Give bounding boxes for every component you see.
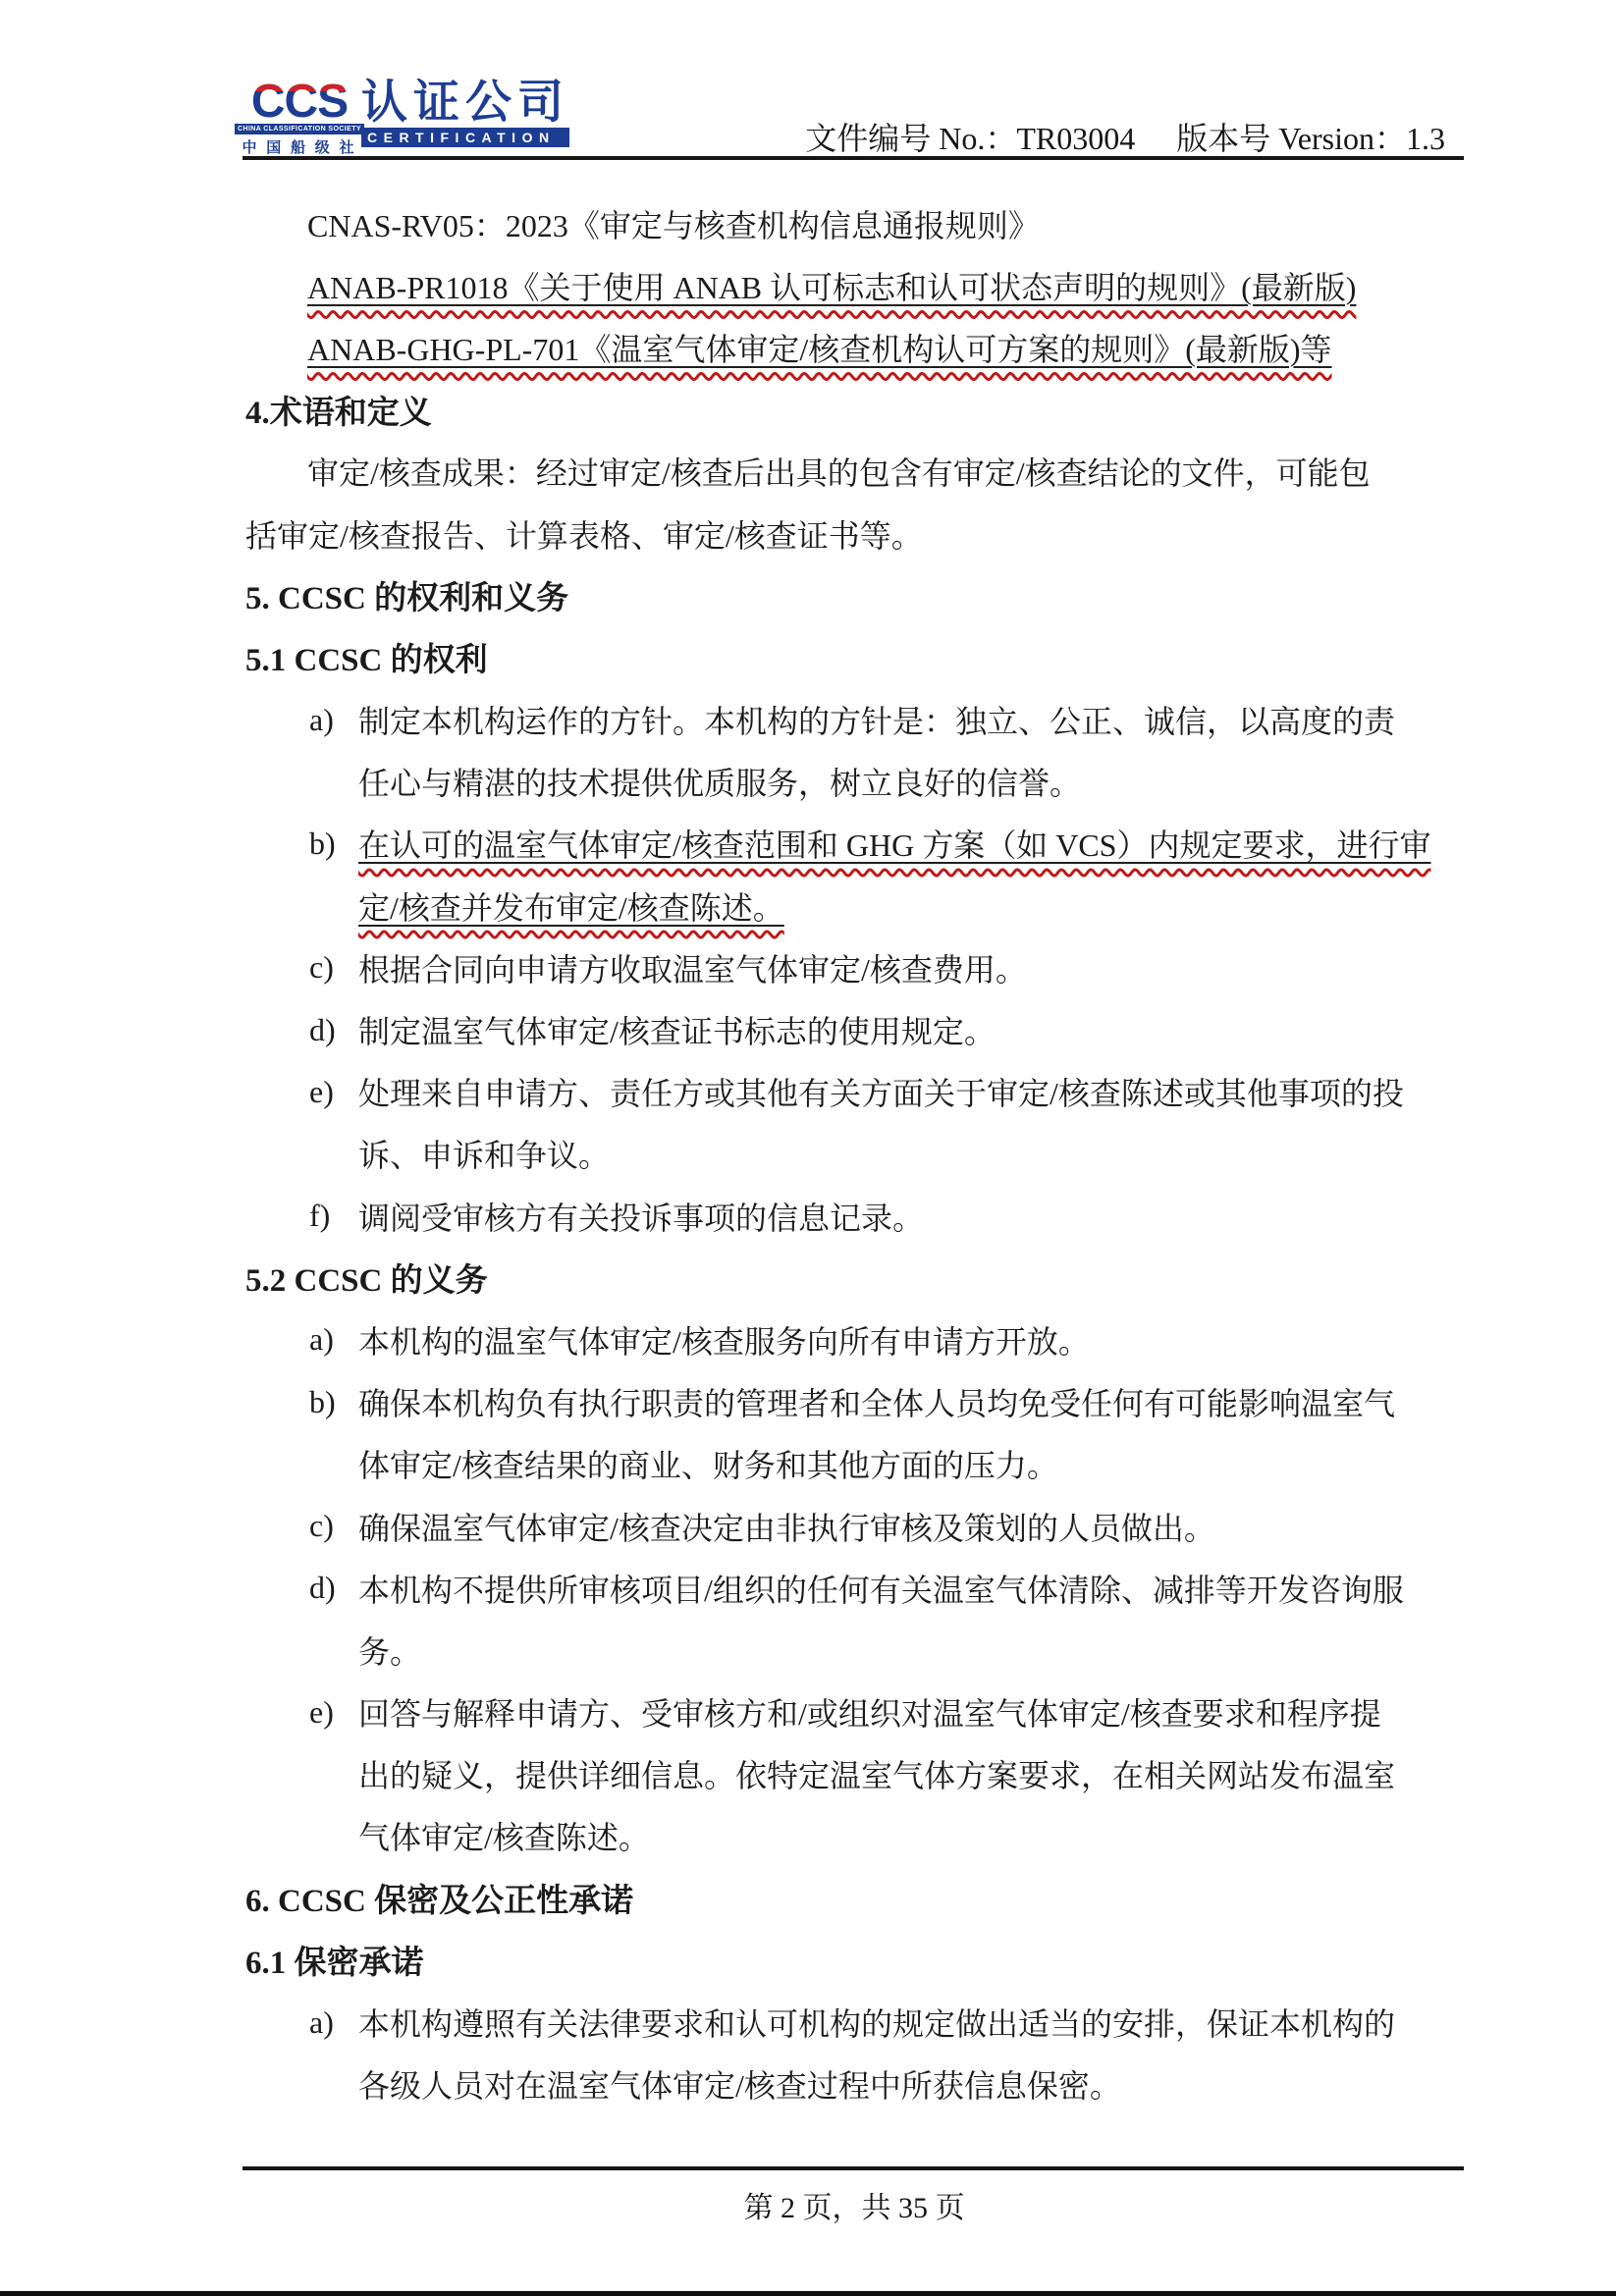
item-label: e) [309,1694,358,1731]
document-body: CNAS-RV05：2023《审定与核查机构信息通报规则》ANAB-PR1018… [245,192,1466,2115]
text-line: d)本机构不提供所审核项目/组织的任何有关温室气体清除、减排等开发咨询服 [245,1557,1466,1619]
item-label: b) [309,826,358,862]
line-text: 确保本机构负有执行职责的管理者和全体人员均免受任何有可能影响温室气 [358,1379,1395,1424]
section-heading: 5.1 CCSC 的权利 [245,626,1466,688]
item-label: c) [309,1508,358,1544]
header-rule [242,156,1464,160]
line-text: 气体审定/核查陈述。 [358,1813,650,1858]
line-text: ANAB-GHG-PL-701《温室气体审定/核查机构认可方案的规则》(最新版)… [307,325,1332,370]
line-text: 6.1 保密承诺 [245,1937,424,1983]
text-line: 务。 [245,1619,1466,1681]
item-label: d) [309,1012,358,1048]
line-text: 在认可的温室气体审定/核查范围和 GHG 方案（如 VCS）内规定要求，进行审 [358,821,1430,866]
underlined-text: 在认可的温室气体审定/核查范围和 GHG 方案（如 VCS）内规定要求，进行审 [358,828,1430,863]
text-line: 诉、申诉和争议。 [245,1123,1466,1185]
section-heading: 6.1 保密承诺 [245,1929,1466,1991]
line-text: 制定本机构运作的方针。本机构的方针是：独立、公正、诚信，以高度的责 [358,697,1395,742]
line-text: 6. CCSC 保密及公正性承诺 [245,1875,633,1921]
text-line: f)调阅受审核方有关投诉事项的信息记录。 [245,1185,1466,1247]
document-page: CCS CHINA CLASSIFICATION SOCIETY 中 国 船 级… [0,0,1616,2296]
section-heading: 5. CCSC 的权利和义务 [245,564,1466,626]
line-text: 出的疑义，提供详细信息。依特定温室气体方案要求，在相关网站发布温室 [358,1751,1395,1796]
text-line: 各级人员对在温室气体审定/核查过程中所获信息保密。 [245,2054,1466,2115]
line-text: 定/核查并发布审定/核查陈述。 [358,883,784,929]
line-text: 括审定/核查报告、计算表格、审定/核查证书等。 [245,511,923,557]
text-line: c)根据合同向申请方收取温室气体审定/核查费用。 [245,936,1466,998]
line-text: 5.1 CCSC 的权利 [245,634,488,680]
line-text: 确保温室气体审定/核查决定由非执行审核及策划的人员做出。 [358,1504,1215,1549]
line-text: 体审定/核查结果的商业、财务和其他方面的压力。 [358,1441,1058,1486]
item-label: b) [309,1384,358,1420]
underlined-text: 定/核查并发布审定/核查陈述。 [358,890,784,926]
line-text: 调阅受审核方有关投诉事项的信息记录。 [358,1194,924,1239]
text-line: e)处理来自申请方、责任方或其他有关方面关于审定/核查陈述或其他事项的投 [245,1061,1466,1123]
line-text: 5. CCSC 的权利和义务 [245,572,568,618]
scan-edge-bottom [0,2291,1616,2296]
line-text: 处理来自申请方、责任方或其他有关方面关于审定/核查陈述或其他事项的投 [358,1069,1404,1114]
line-text: 本机构遵照有关法律要求和认可机构的规定做出适当的安排，保证本机构的 [358,2000,1395,2045]
text-line: ANAB-GHG-PL-701《温室气体审定/核查机构认可方案的规则》(最新版)… [245,316,1466,378]
text-line: 任心与精湛的技术提供优质服务，树立良好的信誉。 [245,751,1466,813]
text-line: a)制定本机构运作的方针。本机构的方针是：独立、公正、诚信，以高度的责 [245,689,1466,751]
text-line: e)回答与解释申请方、受审核方和/或组织对温室气体审定/核查要求和程序提 [245,1682,1466,1743]
line-text: 根据合同向申请方收取温室气体审定/核查费用。 [358,945,1027,990]
text-line: 定/核查并发布审定/核查陈述。 [245,875,1466,936]
line-text: CNAS-RV05：2023《审定与核查机构信息通报规则》 [307,201,1040,246]
line-text: 4.术语和定义 [245,387,432,433]
text-line: b)确保本机构负有执行职责的管理者和全体人员均免受任何有可能影响温室气 [245,1371,1466,1433]
line-text: 审定/核查成果：经过审定/核查后出具的包含有审定/核查结论的文件，可能包 [307,449,1371,494]
line-text: 任心与精湛的技术提供优质服务，树立良好的信誉。 [358,759,1081,804]
text-line: c)确保温室气体审定/核查决定由非执行审核及策划的人员做出。 [245,1495,1466,1557]
document-number: 文件编号 No.：TR03004 [805,114,1135,159]
line-text: ANAB-PR1018《关于使用 ANAB 认可标志和认可状态声明的规则》(最新… [307,263,1356,308]
section-heading: 6. CCSC 保密及公正性承诺 [245,1867,1466,1929]
section-heading: 5.2 CCSC 的义务 [245,1247,1466,1308]
line-text: 务。 [358,1628,421,1673]
line-text: 制定温室气体审定/核查证书标志的使用规定。 [358,1007,996,1052]
line-text: 诉、申诉和争议。 [358,1131,610,1176]
text-line: CNAS-RV05：2023《审定与核查机构信息通报规则》 [245,192,1466,254]
section-heading: 4.术语和定义 [245,379,1466,441]
item-label: d) [309,1570,358,1606]
line-text: 5.2 CCSC 的义务 [245,1255,488,1301]
item-label: c) [309,949,358,986]
text-line: ANAB-PR1018《关于使用 ANAB 认可标志和认可状态声明的规则》(最新… [245,254,1466,316]
item-label: a) [309,1321,358,1358]
text-line: 出的疑义，提供详细信息。依特定温室气体方案要求，在相关网站发布温室 [245,1743,1466,1805]
line-text: 本机构的温室气体审定/核查服务向所有申请方开放。 [358,1317,1090,1362]
page-number: 第 2 页，共 35 页 [245,2183,1463,2226]
item-label: a) [309,702,358,738]
text-line: 气体审定/核查陈述。 [245,1805,1466,1867]
text-line: 审定/核查成果：经过审定/核查后出具的包含有审定/核查结论的文件，可能包 [245,441,1466,503]
text-line: b)在认可的温室气体审定/核查范围和 GHG 方案（如 VCS）内规定要求，进行… [245,813,1466,875]
underlined-text: ANAB-PR1018《关于使用 ANAB 认可标志和认可状态声明的规则》(最新… [307,270,1356,305]
item-label: e) [309,1074,358,1110]
text-line: 括审定/核查报告、计算表格、审定/核查证书等。 [245,503,1466,564]
line-text: 各级人员对在温室气体审定/核查过程中所获信息保密。 [358,2061,1121,2107]
text-line: d)制定温室气体审定/核查证书标志的使用规定。 [245,998,1466,1060]
item-label: f) [309,1198,358,1234]
document-version: 版本号 Version：1.3 [1176,114,1445,159]
text-line: a)本机构遵照有关法律要求和认可机构的规定做出适当的安排，保证本机构的 [245,1991,1466,2053]
item-label: a) [309,2004,358,2041]
text-line: 体审定/核查结果的商业、财务和其他方面的压力。 [245,1433,1466,1495]
footer-rule [242,2166,1464,2170]
text-line: a)本机构的温室气体审定/核查服务向所有申请方开放。 [245,1308,1466,1370]
underlined-text: ANAB-GHG-PL-701《温室气体审定/核查机构认可方案的规则》(最新版)… [307,332,1332,367]
line-text: 本机构不提供所审核项目/组织的任何有关温室气体清除、减排等开发咨询服 [358,1566,1404,1611]
document-meta: 文件编号 No.：TR03004 版本号 Version：1.3 [245,114,1445,159]
line-text: 回答与解释申请方、受审核方和/或组织对温室气体审定/核查要求和程序提 [358,1689,1381,1735]
